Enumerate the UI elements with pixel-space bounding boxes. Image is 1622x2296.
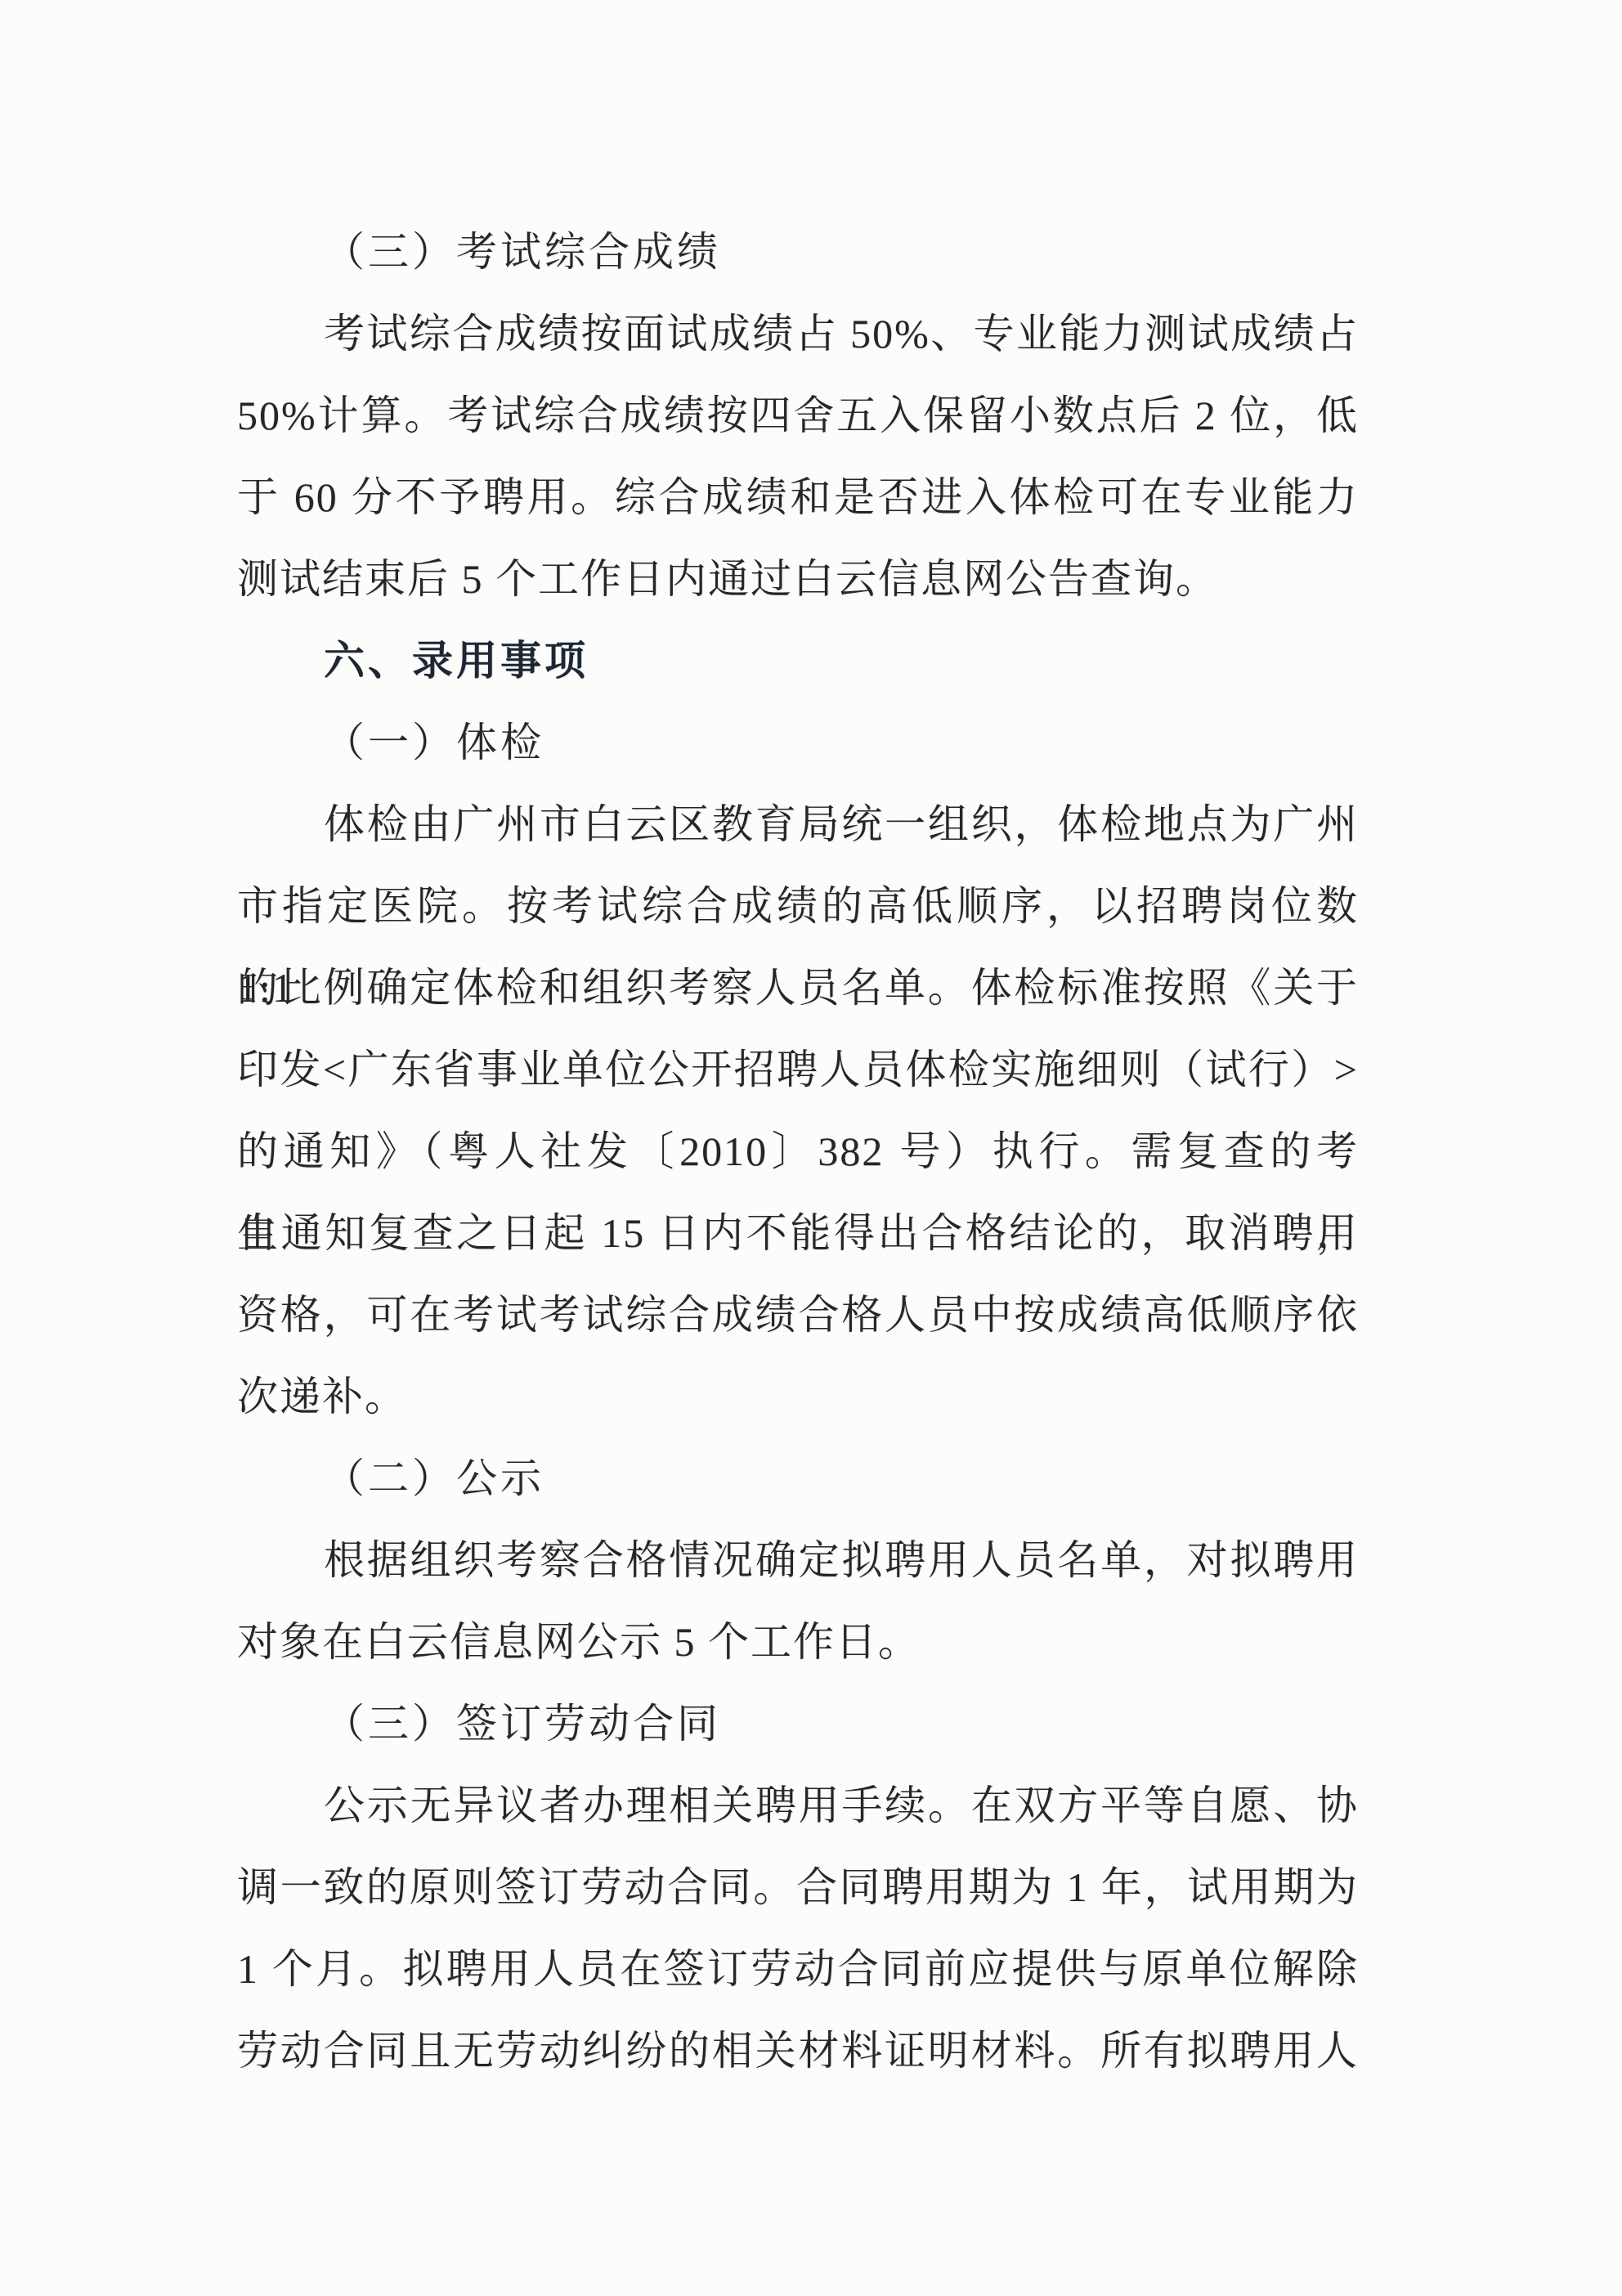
document-line: 的比例确定体检和组织考察人员名单。体检标准按照《关于 — [237, 947, 1359, 1029]
document-line: 于 60 分不予聘用。综合成绩和是否进入体检可在专业能力 — [237, 456, 1359, 538]
document-line: 1 个月。拟聘用人员在签订劳动合同前应提供与原单位解除 — [237, 1928, 1359, 2010]
document-page: （三）考试综合成绩考试综合成绩按面试成绩占 50%、专业能力测试成绩占50%计算… — [0, 0, 1622, 2296]
document-line: 自通知复查之日起 15 日内不能得出合格结论的，取消聘用 — [237, 1192, 1359, 1274]
document-line: 考试综合成绩按面试成绩占 50%、专业能力测试成绩占 — [237, 293, 1359, 374]
document-line: 资格，可在考试考试综合成绩合格人员中按成绩高低顺序依 — [237, 1274, 1359, 1356]
document-line: 50%计算。考试综合成绩按四舍五入保留小数点后 2 位，低 — [237, 374, 1359, 456]
sub-section-heading: （三）考试综合成绩 — [237, 211, 1359, 293]
document-line: 公示无异议者办理相关聘用手续。在双方平等自愿、协 — [237, 1765, 1359, 1846]
section-heading: 六、录用事项 — [237, 620, 1359, 702]
document-line: 印发<广东省事业单位公开招聘人员体检实施细则（试行）> — [237, 1029, 1359, 1110]
sub-section-heading: （一）体检 — [237, 702, 1359, 783]
document-line: 测试结束后 5 个工作日内通过白云信息网公告查询。 — [237, 538, 1359, 620]
document-line: 调一致的原则签订劳动合同。合同聘用期为 1 年，试用期为 — [237, 1846, 1359, 1928]
document-line: 次递补。 — [237, 1356, 1359, 1437]
document-line: 体检由广州市白云区教育局统一组织，体检地点为广州 — [237, 783, 1359, 865]
document-body: （三）考试综合成绩考试综合成绩按面试成绩占 50%、专业能力测试成绩占50%计算… — [237, 211, 1359, 2092]
document-line: 的通知》（粤人社发〔2010〕382 号）执行。需复查的考生， — [237, 1110, 1359, 1192]
sub-section-heading: （三）签订劳动合同 — [237, 1683, 1359, 1765]
document-line: 市指定医院。按考试综合成绩的高低顺序，以招聘岗位数 1:1 — [237, 865, 1359, 947]
document-line: 根据组织考察合格情况确定拟聘用人员名单，对拟聘用 — [237, 1519, 1359, 1601]
document-line: 对象在白云信息网公示 5 个工作日。 — [237, 1601, 1359, 1683]
document-line: 劳动合同且无劳动纠纷的相关材料证明材料。所有拟聘用人 — [237, 2010, 1359, 2092]
sub-section-heading: （二）公示 — [237, 1437, 1359, 1519]
